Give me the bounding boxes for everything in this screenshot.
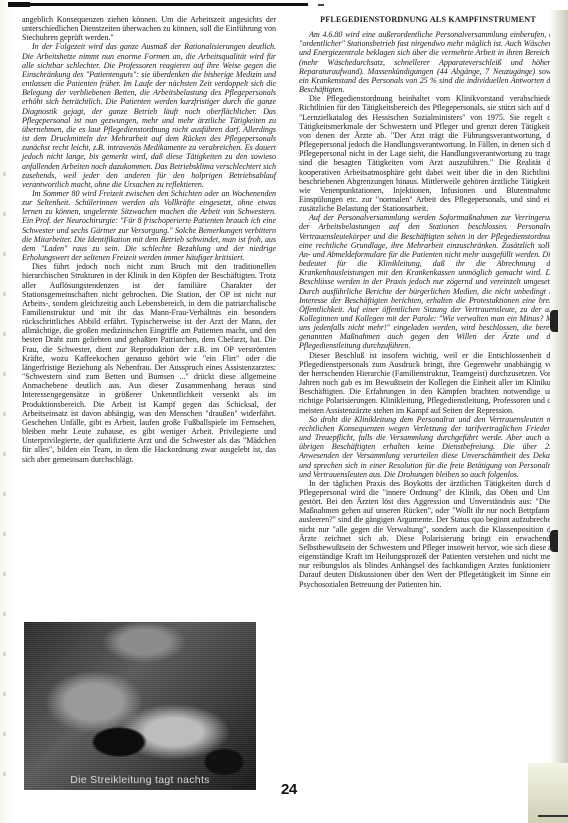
paragraph: Die Pflegedienstordnung beinhaltet vom K… (299, 94, 557, 213)
paragraph: Dies führt jedoch noch nicht zum Bruch m… (22, 262, 276, 463)
binding-clip (550, 530, 558, 552)
paragraph: Auf der Personalversammlung werden Sofor… (299, 213, 557, 350)
right-column: PFLEGEDIENSTORDNUNG ALS KAMPFINSTRUMENT … (299, 15, 557, 589)
paragraph: Am 4.6.80 wird eine außerordentliche Per… (299, 30, 557, 94)
paragraph: So droht die Klinikleitung dem Personalr… (299, 415, 557, 479)
top-rule (8, 3, 308, 6)
page-number: 24 (281, 781, 297, 798)
page-right-edge (550, 10, 568, 823)
page-left-margin (0, 0, 12, 823)
paragraph: In der Folgezeit wird das ganze Ausmaß d… (22, 42, 276, 189)
article-photo: Die Streikleitung tagt nachts (24, 622, 256, 790)
paragraph: Im Sommer 80 wird Freizeit zwischen den … (22, 189, 276, 262)
paragraph: In der täglichen Praxis des Boykotts der… (299, 479, 557, 589)
left-column: angeblich Konsequenzen ziehen können. Um… (22, 15, 276, 464)
binding-clip (550, 310, 558, 332)
photo-caption: Die Streikleitung tagt nachts (24, 774, 256, 786)
section-headline: PFLEGEDIENSTORDNUNG ALS KAMPFINSTRUMENT (299, 15, 557, 24)
paragraph: Dieser Beschluß ist insofern wichtig, we… (299, 351, 557, 415)
top-rule-mark (318, 4, 324, 6)
page-corner (528, 763, 568, 823)
binding-marks (3, 150, 6, 790)
paragraph: angeblich Konsequenzen ziehen können. Um… (22, 15, 276, 42)
